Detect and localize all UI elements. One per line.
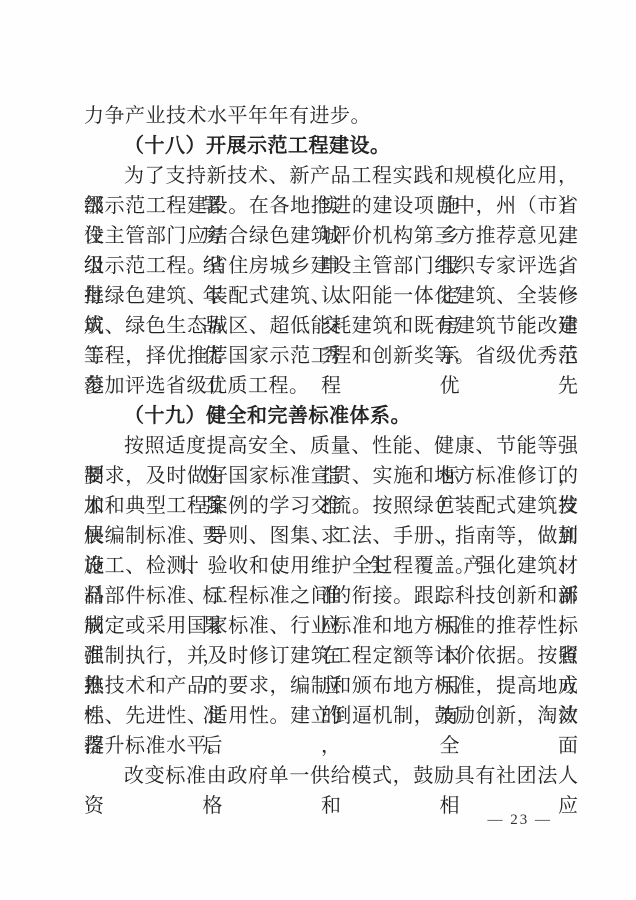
text-line: 熟技术和产品的要求，编制和颁布地方标准，提高地方标准的有效 — [84, 671, 578, 701]
text-line: 设主管部门应结合绿色建筑评价机构第三方推荐意见，组织申报省 — [84, 221, 578, 251]
text-line: 强制执行，并及时修订建筑工程定额等计价依据。按照推广应用成 — [84, 641, 578, 671]
section-heading: （十八）开展示范工程建设。 — [84, 131, 578, 161]
text-line: 要求，及时做好国家标准宣贯、实施和地方标准修订，加强推广技 — [84, 461, 578, 491]
text-line: 快编制标准、导则、图集、工法、手册、指南等，做到设计、生产、 — [84, 521, 578, 551]
text-line: 力争产业技术水平年年有进步。 — [84, 101, 578, 131]
section-heading: （十九）健全和完善标准体系。 — [84, 401, 578, 431]
text-line: 为了支持新技术、新产品工程实践和规模化应用，部署实施省 — [84, 161, 578, 191]
text-line: 筑、绿色生态城区、超低能耗建筑和既有建筑节能改造等优秀示范 — [84, 311, 578, 341]
text-line: 制定或采用国家标准、行业标准和地方标准的推荐性标准，在本省 — [84, 611, 578, 641]
text-line: 品部件标准、工程标准之间的衔接。跟踪科技创新和新成果应用， — [84, 581, 578, 611]
text-line: 改变标准由政府单一供给模式，鼓励具有社团法人资格和相应 — [84, 761, 578, 791]
text-line: 按照适度提高安全、质量、性能、健康、节能等强制性指标的 — [84, 431, 578, 461]
text-line: 级示范工程建设。在各地推进的建设项目中，州（市）住房城乡建 — [84, 191, 578, 221]
text-line: 批绿色建筑、装配式建筑、太阳能一体化建筑、全装修成品交房建 — [84, 281, 578, 311]
page-number: — 23 — — [488, 810, 553, 830]
text-line: 施工、检测、验收和使用维护全过程覆盖。强化建筑材料标准、部 — [84, 551, 578, 581]
text-line: 工程，择优推荐国家示范工程和创新奖等。省级优秀示范工程优先 — [84, 341, 578, 371]
document-body: 力争产业技术水平年年有进步。（十八）开展示范工程建设。为了支持新技术、新产品工程… — [84, 101, 578, 791]
document-page: 力争产业技术水平年年有进步。（十八）开展示范工程建设。为了支持新技术、新产品工程… — [0, 0, 636, 900]
text-line: 级示范工程。省住房城乡建设主管部门组织专家评选，每年认定一 — [84, 251, 578, 281]
text-line: 术和典型工程案例的学习交流。按照绿色装配式建筑发展要求，加 — [84, 491, 578, 521]
text-line: 性、先进性、适用性。建立倒逼机制，鼓励创新，淘汰落后，全面 — [84, 701, 578, 731]
